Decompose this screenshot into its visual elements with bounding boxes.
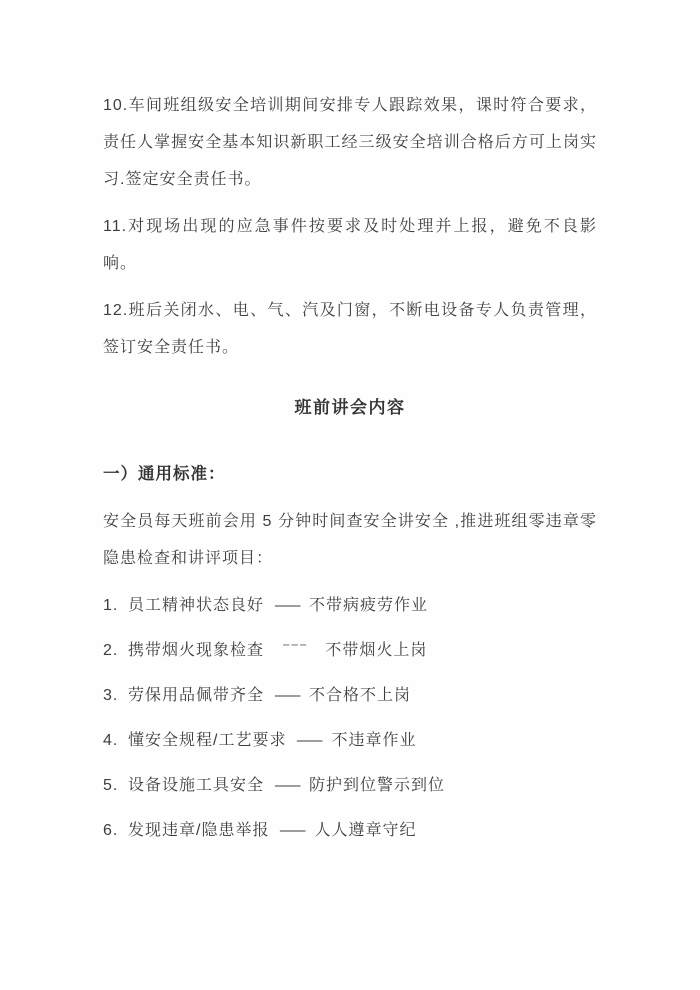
item-result: 不违章作业 (331, 732, 416, 749)
item-result: 不带烟火上岗 (325, 642, 427, 659)
item-dash: — (275, 767, 302, 804)
checklist: 1.员工精神状态良好—不带病疲劳作业 2.携带烟火现象检查⁻⁻⁻不带烟火上岗 3… (103, 587, 597, 849)
checklist-item: 3.劳保用品佩带齐全—不合格不上岗 (103, 677, 597, 714)
item-label: 携带烟火现象检查 (128, 642, 264, 659)
item-result: 不带病疲劳作业 (309, 597, 428, 614)
item-number: 2. (103, 632, 128, 669)
subsection-heading: 一）通用标准： (103, 456, 597, 493)
item-result: 不合格不上岗 (309, 687, 411, 704)
item-dash: — (297, 722, 324, 759)
item-label: 设备设施工具安全 (128, 777, 264, 794)
item-result: 人人遵章守纪 (314, 822, 416, 839)
item-label: 劳保用品佩带齐全 (128, 687, 264, 704)
item-result: 防护到位警示到位 (309, 777, 445, 794)
paragraph-item-11: 11.对现场出现的应急事件按要求及时处理并上报，避免不良影响。 (103, 208, 597, 282)
checklist-item: 2.携带烟火现象检查⁻⁻⁻不带烟火上岗 (103, 632, 597, 669)
item-number: 5. (103, 767, 128, 804)
paragraph-item-12: 12.班后关闭水、电、气、汽及门窗，不断电设备专人负责管理，签订安全责任书。 (103, 292, 597, 366)
item-dash: ⁻⁻⁻ (282, 630, 307, 667)
item-number: 6. (103, 812, 128, 849)
item-dash: — (275, 587, 302, 624)
item-number: 3. (103, 677, 128, 714)
item-label: 发现违章/隐患举报 (128, 822, 269, 839)
item-label: 懂安全规程/工艺要求 (128, 732, 286, 749)
item-number: 1. (103, 587, 128, 624)
checklist-item: 1.员工精神状态良好—不带病疲劳作业 (103, 587, 597, 624)
item-label: 员工精神状态良好 (128, 597, 264, 614)
item-dash: — (275, 677, 302, 714)
section-title: 班前讲会内容 (103, 389, 597, 426)
item-number: 4. (103, 722, 128, 759)
checklist-item: 6.发现违章/隐患举报—人人遵章守纪 (103, 812, 597, 849)
item-dash: — (280, 812, 307, 849)
intro-paragraph: 安全员每天班前会用 5 分钟时间查安全讲安全 ,推进班组零违章零隐患检查和讲评项… (103, 503, 597, 577)
document-page: 10.车间班组级安全培训期间安排专人跟踪效果，课时符合要求，责任人掌握安全基本知… (0, 0, 700, 990)
paragraph-item-10: 10.车间班组级安全培训期间安排专人跟踪效果，课时符合要求，责任人掌握安全基本知… (103, 87, 597, 198)
checklist-item: 4.懂安全规程/工艺要求—不违章作业 (103, 722, 597, 759)
checklist-item: 5.设备设施工具安全—防护到位警示到位 (103, 767, 597, 804)
